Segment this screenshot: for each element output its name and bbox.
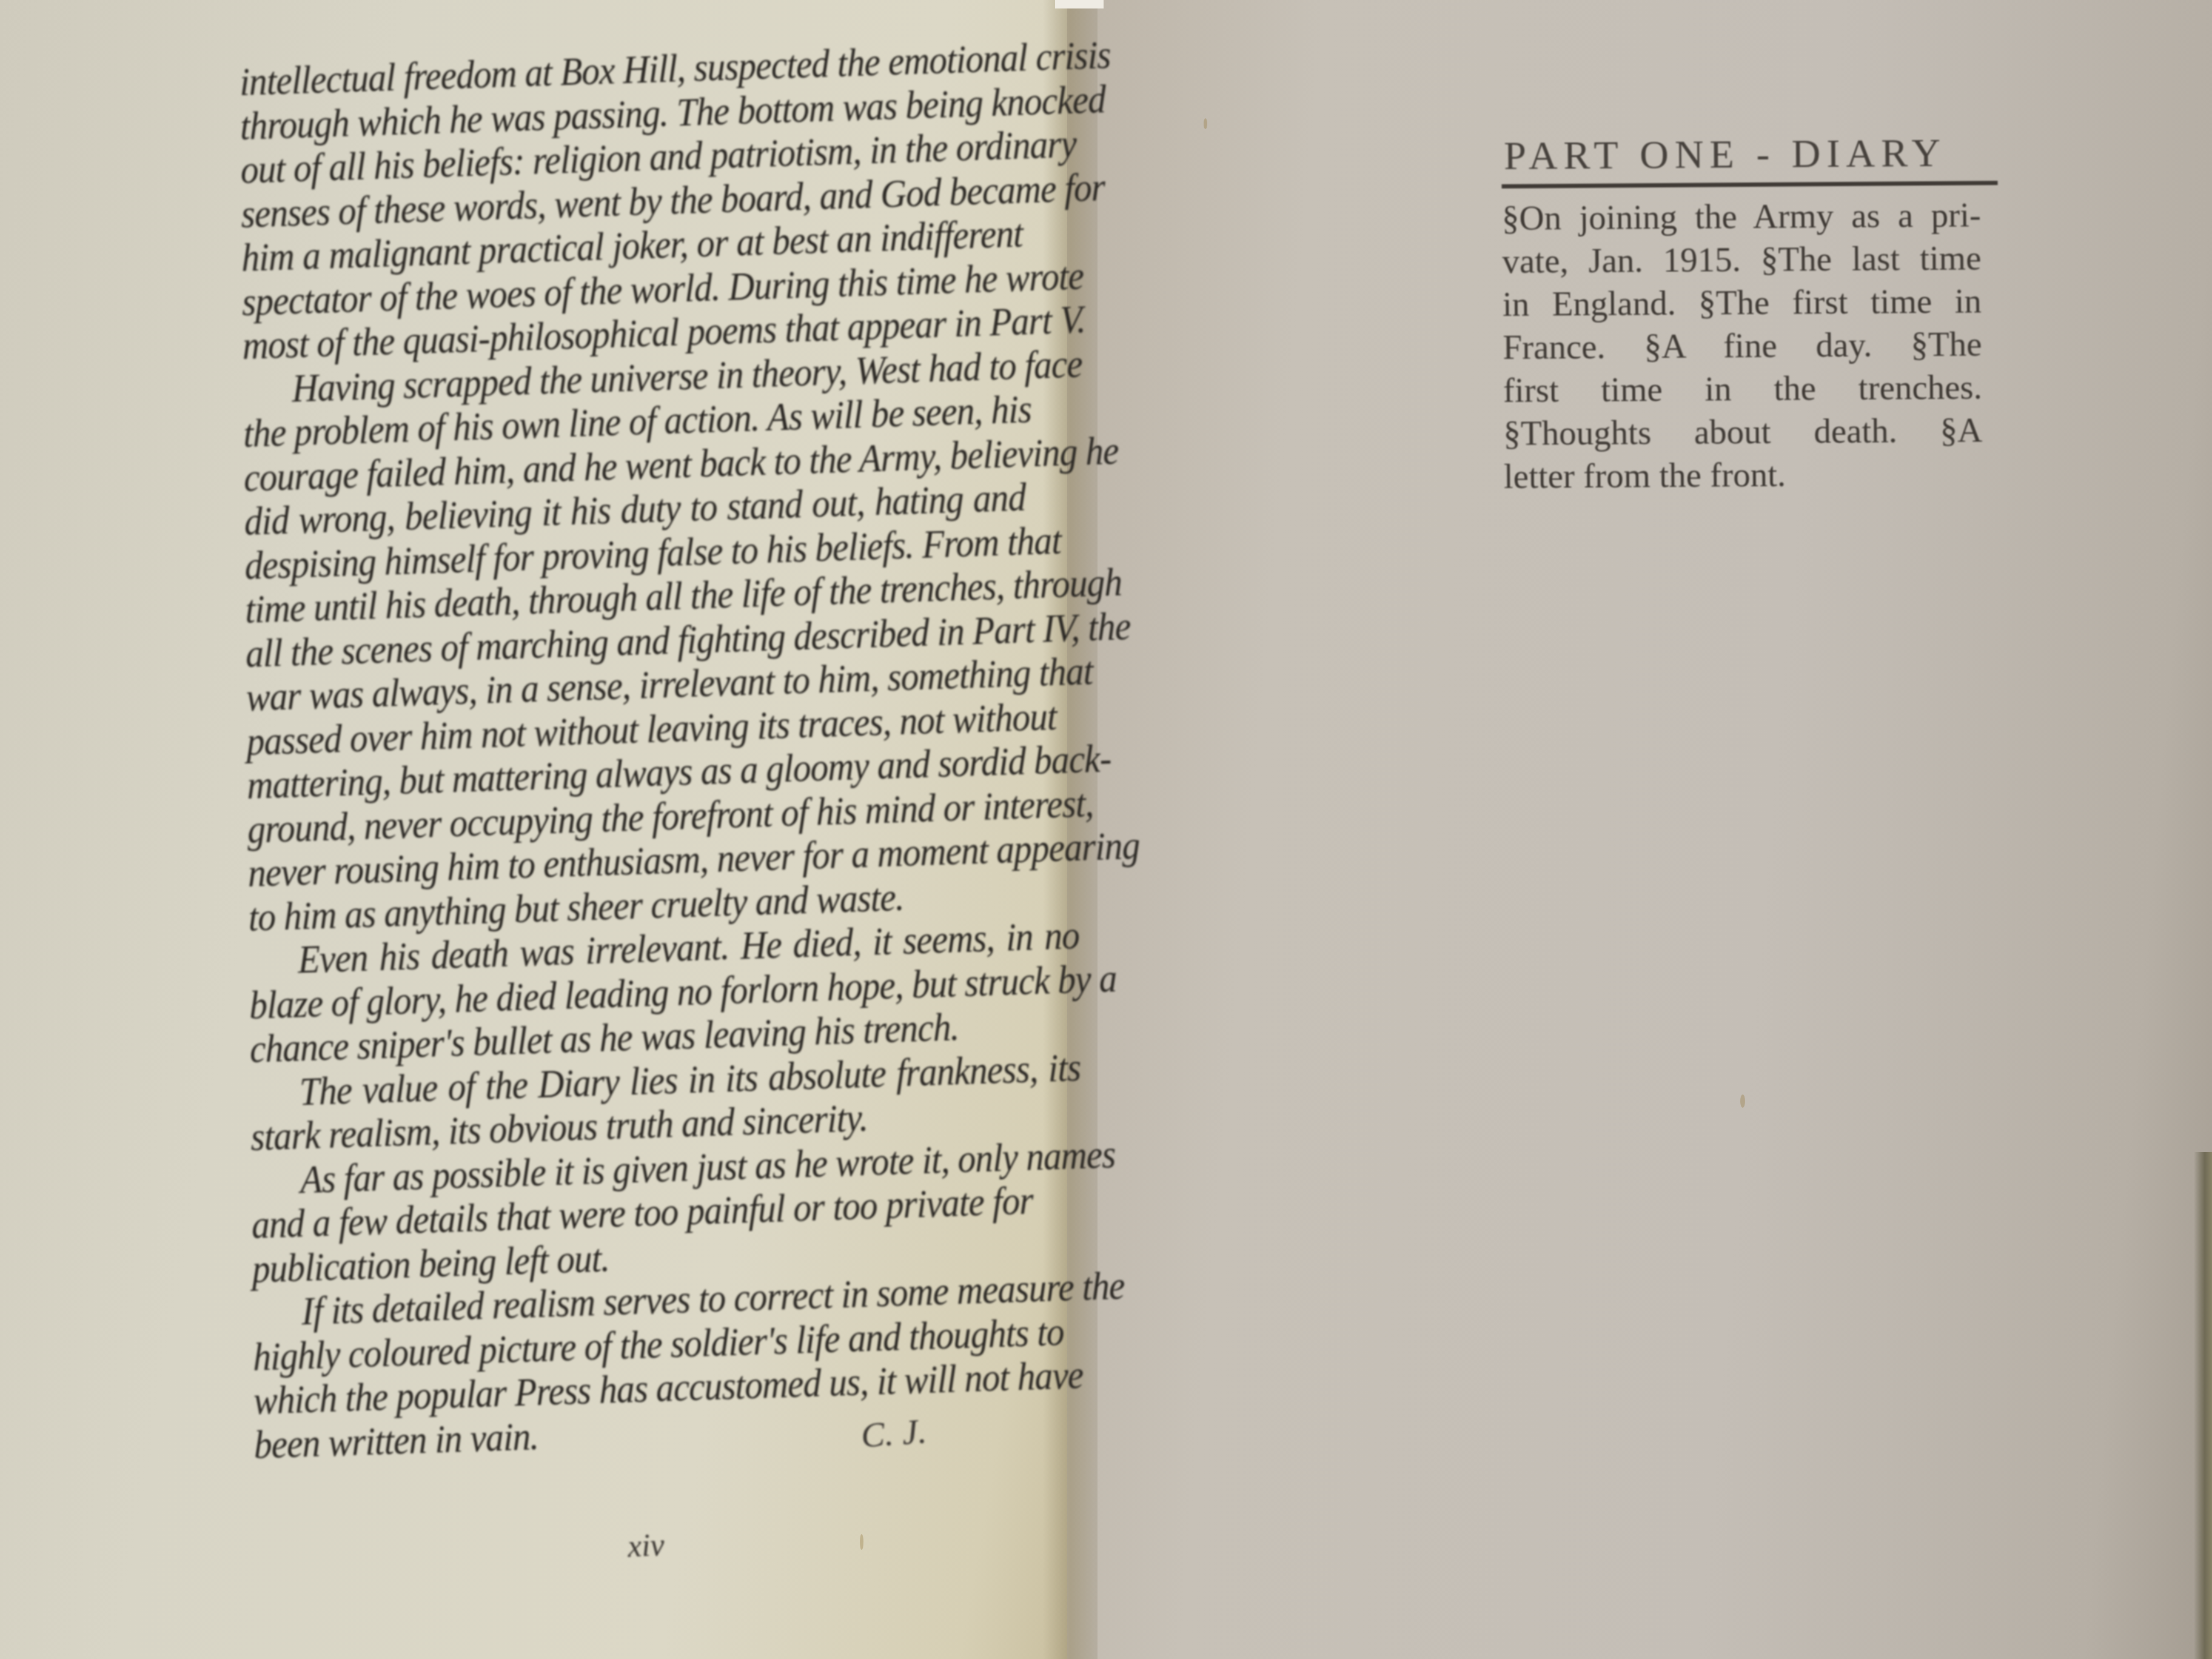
contents-line: first time in the trenches. <box>1503 366 1982 412</box>
part-contents-block: PART ONE - DIARY §On joining the Army as… <box>1501 129 2001 498</box>
contents-line: France. §A fine day. §The <box>1503 323 1982 369</box>
contents-line: letter from the front. <box>1504 452 1983 498</box>
author-signature: C. J. <box>860 1410 928 1455</box>
paper-stain <box>1204 118 1207 129</box>
spine-top-highlight <box>1055 0 1104 8</box>
right-page-edge <box>2194 1152 2212 1659</box>
contents-line: in England. §The first time in <box>1503 280 1982 326</box>
title-rule <box>1502 181 1998 189</box>
paper-stain <box>1740 1094 1745 1108</box>
paper-stain <box>860 1534 863 1550</box>
contents-line: §On joining the Army as a pri- <box>1502 193 1981 240</box>
page-number: xiv <box>626 1527 665 1564</box>
contents-line: §Thoughts about death. §A <box>1503 409 1982 455</box>
left-page-text: intellectual freedom at Box Hill, suspec… <box>240 36 1036 1467</box>
book-spread: intellectual freedom at Box Hill, suspec… <box>0 0 2212 1659</box>
part-title: PART ONE - DIARY <box>1501 129 1999 181</box>
contents-line: vate, Jan. 1915. §The last time <box>1502 236 1981 283</box>
